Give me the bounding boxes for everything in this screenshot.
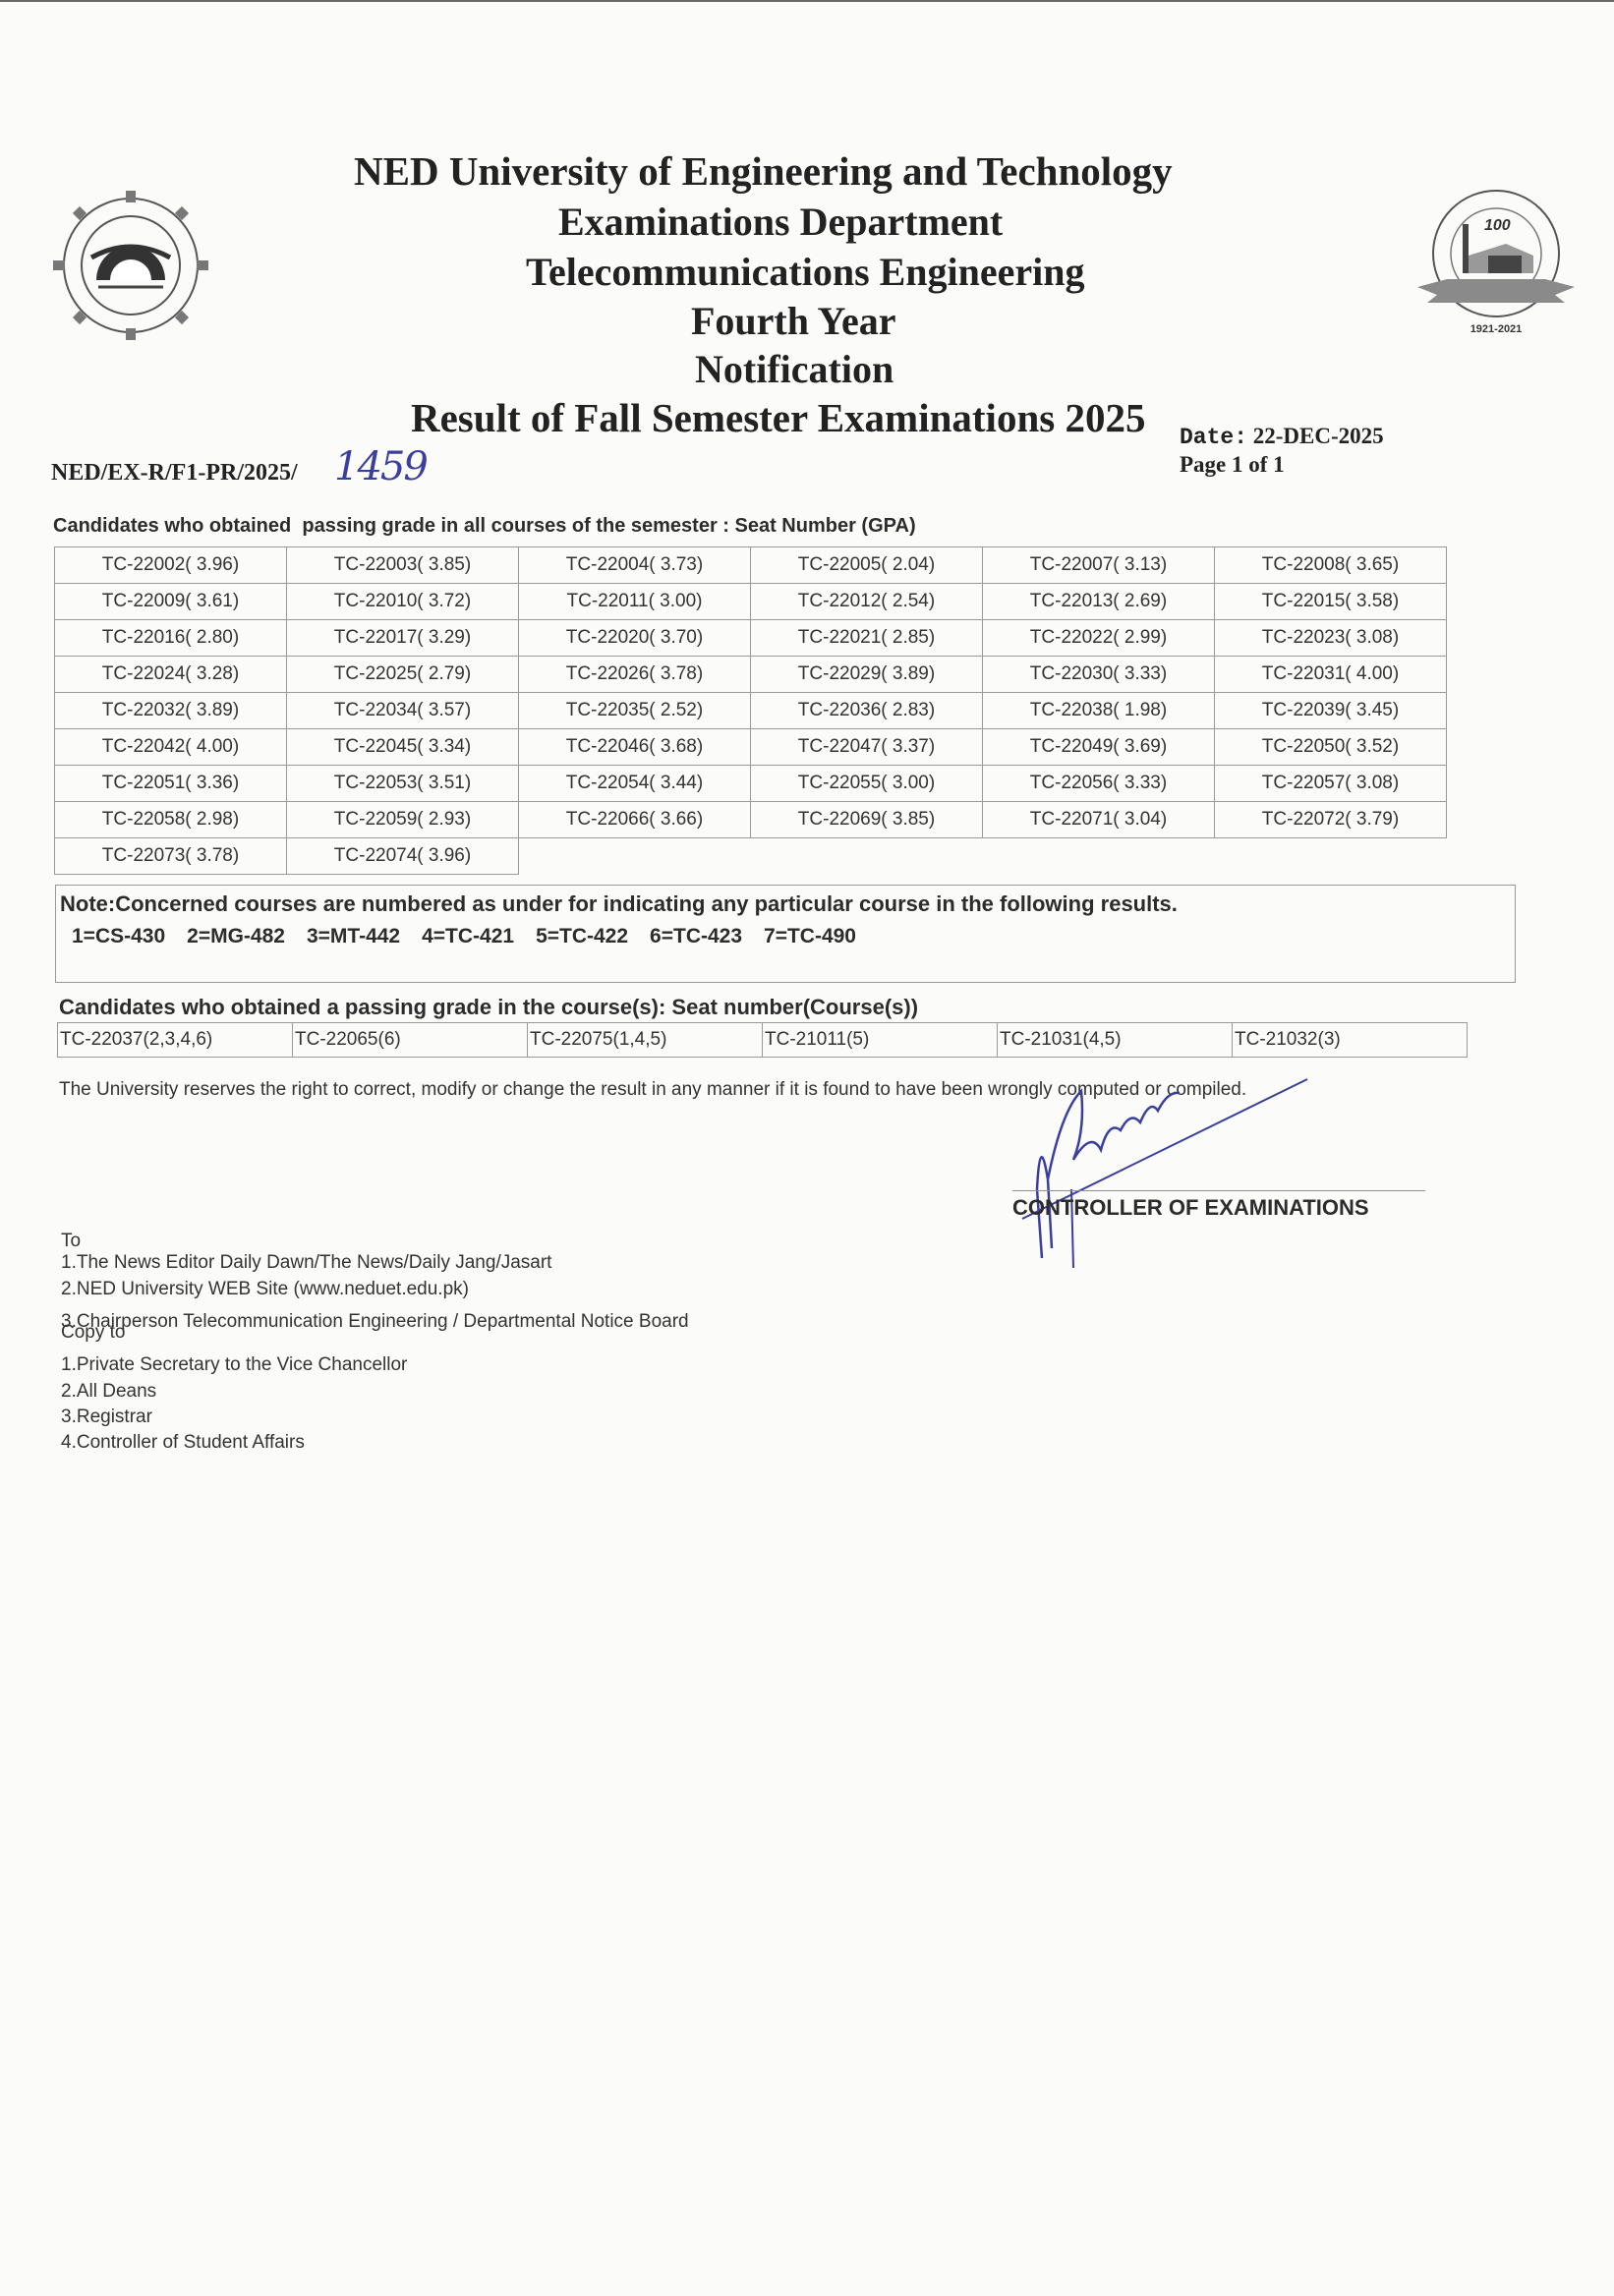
signature-icon (983, 1071, 1396, 1268)
distribution-item: 2.NED University WEB Site (www.neduet.ed… (61, 1279, 469, 1300)
seat-gpa-cell: TC-22059( 2.93) (287, 802, 519, 838)
seat-gpa-cell: TC-22053( 3.51) (287, 766, 519, 802)
copy-item: 4.Controller of Student Affairs (61, 1432, 305, 1454)
seat-gpa-cell: TC-22071( 3.04) (983, 802, 1215, 838)
table-row: TC-22009( 3.61)TC-22010( 3.72)TC-22011( … (55, 584, 1447, 620)
course-key-note: Note:Concerned courses are numbered as u… (55, 885, 1516, 983)
seat-course-cell: TC-21011(5) (763, 1023, 998, 1058)
seat-gpa-cell: TC-22024( 3.28) (55, 657, 287, 693)
seat-gpa-cell: TC-22054( 3.44) (519, 766, 751, 802)
course-key-item: 5=TC-422 (536, 925, 628, 947)
signatory-title: CONTROLLER OF EXAMINATIONS (1012, 1195, 1369, 1221)
seat-gpa-cell: TC-22036( 2.83) (751, 693, 983, 729)
seat-gpa-cell: TC-22029( 3.89) (751, 657, 983, 693)
table-row: TC-22051( 3.36)TC-22053( 3.51)TC-22054( … (55, 766, 1447, 802)
copy-item: 1.Private Secretary to the Vice Chancell… (61, 1354, 407, 1376)
seat-gpa-cell: TC-22015( 3.58) (1215, 584, 1447, 620)
seat-gpa-cell: TC-22050( 3.52) (1215, 729, 1447, 766)
seat-gpa-cell: TC-22049( 3.69) (983, 729, 1215, 766)
seat-gpa-cell: TC-22012( 2.54) (751, 584, 983, 620)
university-name: NED University of Engineering and Techno… (354, 147, 1258, 195)
seat-gpa-cell: TC-22020( 3.70) (519, 620, 751, 657)
course-key-item: 2=MG-482 (187, 925, 285, 947)
seat-gpa-cell: TC-22004( 3.73) (519, 547, 751, 584)
seat-gpa-cell: TC-22057( 3.08) (1215, 766, 1447, 802)
document-title: Result of Fall Semester Examinations 202… (411, 394, 1296, 441)
reference-printed: NED/EX-R/F1-PR/2025/ (51, 460, 298, 486)
signature-line (1012, 1190, 1425, 1191)
distribution-item: 3.Chairperson Telecommunication Engineer… (61, 1311, 689, 1333)
seat-gpa-cell: TC-22005( 2.04) (751, 547, 983, 584)
empty-cell (751, 838, 983, 875)
course-results-table: TC-22037(2,3,4,6)TC-22065(6)TC-22075(1,4… (57, 1022, 1468, 1058)
reference-number: NED/EX-R/F1-PR/2025/ (51, 460, 298, 487)
seat-gpa-cell: TC-22042( 4.00) (55, 729, 287, 766)
table-row: TC-22002( 3.96)TC-22003( 3.85)TC-22004( … (55, 547, 1447, 584)
page-top-border (0, 0, 1614, 2)
seat-gpa-cell: TC-22025( 2.79) (287, 657, 519, 693)
distribution-to-label: To (61, 1231, 81, 1252)
course-key-item: 3=MT-442 (307, 925, 400, 947)
seat-course-cell: TC-22037(2,3,4,6) (58, 1023, 293, 1058)
table-row: TC-22042( 4.00)TC-22045( 3.34)TC-22046( … (55, 729, 1447, 766)
empty-cell (1215, 838, 1447, 875)
table-row: TC-22032( 3.89)TC-22034( 3.57)TC-22035( … (55, 693, 1447, 729)
seat-gpa-cell: TC-22073( 3.78) (55, 838, 287, 875)
svg-text:1921-2021: 1921-2021 (1470, 323, 1523, 335)
discipline-name: Telecommunications Engineering (526, 249, 1214, 295)
seat-gpa-cell: TC-22032( 3.89) (55, 693, 287, 729)
empty-cell (519, 838, 751, 875)
table-row: TC-22073( 3.78)TC-22074( 3.96) (55, 838, 1447, 875)
seat-gpa-cell: TC-22072( 3.79) (1215, 802, 1447, 838)
seat-gpa-cell: TC-22031( 4.00) (1215, 657, 1447, 693)
course-key-list: 1=CS-4302=MG-4823=MT-4424=TC-4215=TC-422… (72, 925, 878, 948)
seat-gpa-cell: TC-22051( 3.36) (55, 766, 287, 802)
empty-cell (983, 838, 1215, 875)
date-value: 22-DEC-2025 (1253, 424, 1384, 448)
course-key-item: 4=TC-421 (422, 925, 514, 947)
copy-to-label: Copy to (61, 1322, 125, 1344)
seat-gpa-cell: TC-22008( 3.65) (1215, 547, 1447, 584)
seat-gpa-cell: TC-22030( 3.33) (983, 657, 1215, 693)
seat-gpa-cell: TC-22056( 3.33) (983, 766, 1215, 802)
seat-gpa-cell: TC-22010( 3.72) (287, 584, 519, 620)
svg-text:100: 100 (1484, 217, 1511, 234)
seat-gpa-cell: TC-22002( 3.96) (55, 547, 287, 584)
seat-gpa-cell: TC-22055( 3.00) (751, 766, 983, 802)
seat-gpa-cell: TC-22007( 3.13) (983, 547, 1215, 584)
course-key-item: 6=TC-423 (650, 925, 742, 947)
seat-gpa-cell: TC-22034( 3.57) (287, 693, 519, 729)
seat-gpa-cell: TC-22047( 3.37) (751, 729, 983, 766)
seat-gpa-cell: TC-22066( 3.66) (519, 802, 751, 838)
seat-gpa-cell: TC-22045( 3.34) (287, 729, 519, 766)
seat-gpa-cell: TC-22021( 2.85) (751, 620, 983, 657)
date-block: Date: 22-DEC-2025 Page 1 of 1 (1180, 423, 1384, 479)
course-key-item: 7=TC-490 (764, 925, 856, 947)
seat-gpa-cell: TC-22023( 3.08) (1215, 620, 1447, 657)
centenary-logo-icon: 100 1921-2021 (1408, 185, 1585, 352)
table-row: TC-22016( 2.80)TC-22017( 3.29)TC-22020( … (55, 620, 1447, 657)
gpa-results-table: TC-22002( 3.96)TC-22003( 3.85)TC-22004( … (54, 546, 1447, 875)
seat-gpa-cell: TC-22035( 2.52) (519, 693, 751, 729)
date-label: Date: (1180, 425, 1247, 450)
seat-gpa-cell: TC-22039( 3.45) (1215, 693, 1447, 729)
university-gear-logo-icon (47, 187, 214, 344)
seat-gpa-cell: TC-22026( 3.78) (519, 657, 751, 693)
seat-gpa-cell: TC-22074( 3.96) (287, 838, 519, 875)
passed-all-heading: Candidates who obtained passing grade in… (53, 515, 916, 538)
seat-gpa-cell: TC-22022( 2.99) (983, 620, 1215, 657)
seat-course-cell: TC-22065(6) (293, 1023, 528, 1058)
seat-gpa-cell: TC-22046( 3.68) (519, 729, 751, 766)
seat-gpa-cell: TC-22069( 3.85) (751, 802, 983, 838)
seat-gpa-cell: TC-22017( 3.29) (287, 620, 519, 657)
course-key-item: 1=CS-430 (72, 925, 165, 947)
distribution-item: 1.The News Editor Daily Dawn/The News/Da… (61, 1252, 551, 1274)
table-row: TC-22058( 2.98)TC-22059( 2.93)TC-22066( … (55, 802, 1447, 838)
seat-gpa-cell: TC-22038( 1.98) (983, 693, 1215, 729)
department-name: Examinations Department (558, 199, 1148, 245)
year-label: Fourth Year (691, 298, 1084, 344)
table-row: TC-22037(2,3,4,6)TC-22065(6)TC-22075(1,4… (58, 1023, 1468, 1058)
seat-course-cell: TC-21032(3) (1233, 1023, 1468, 1058)
reference-handwritten: 1459 (334, 444, 427, 489)
seat-gpa-cell: TC-22016( 2.80) (55, 620, 287, 657)
page-indicator: Page 1 of 1 (1180, 451, 1384, 479)
seat-gpa-cell: TC-22003( 3.85) (287, 547, 519, 584)
seat-course-cell: TC-21031(4,5) (998, 1023, 1233, 1058)
copy-item: 3.Registrar (61, 1406, 152, 1428)
seat-gpa-cell: TC-22009( 3.61) (55, 584, 287, 620)
seat-course-cell: TC-22075(1,4,5) (528, 1023, 763, 1058)
copy-item: 2.All Deans (61, 1381, 156, 1403)
document-type: Notification (695, 346, 1088, 392)
passed-courses-heading: Candidates who obtained a passing grade … (59, 995, 918, 1020)
seat-gpa-cell: TC-22013( 2.69) (983, 584, 1215, 620)
note-text: Note:Concerned courses are numbered as u… (60, 891, 1178, 917)
seat-gpa-cell: TC-22058( 2.98) (55, 802, 287, 838)
table-row: TC-22024( 3.28)TC-22025( 2.79)TC-22026( … (55, 657, 1447, 693)
seat-gpa-cell: TC-22011( 3.00) (519, 584, 751, 620)
